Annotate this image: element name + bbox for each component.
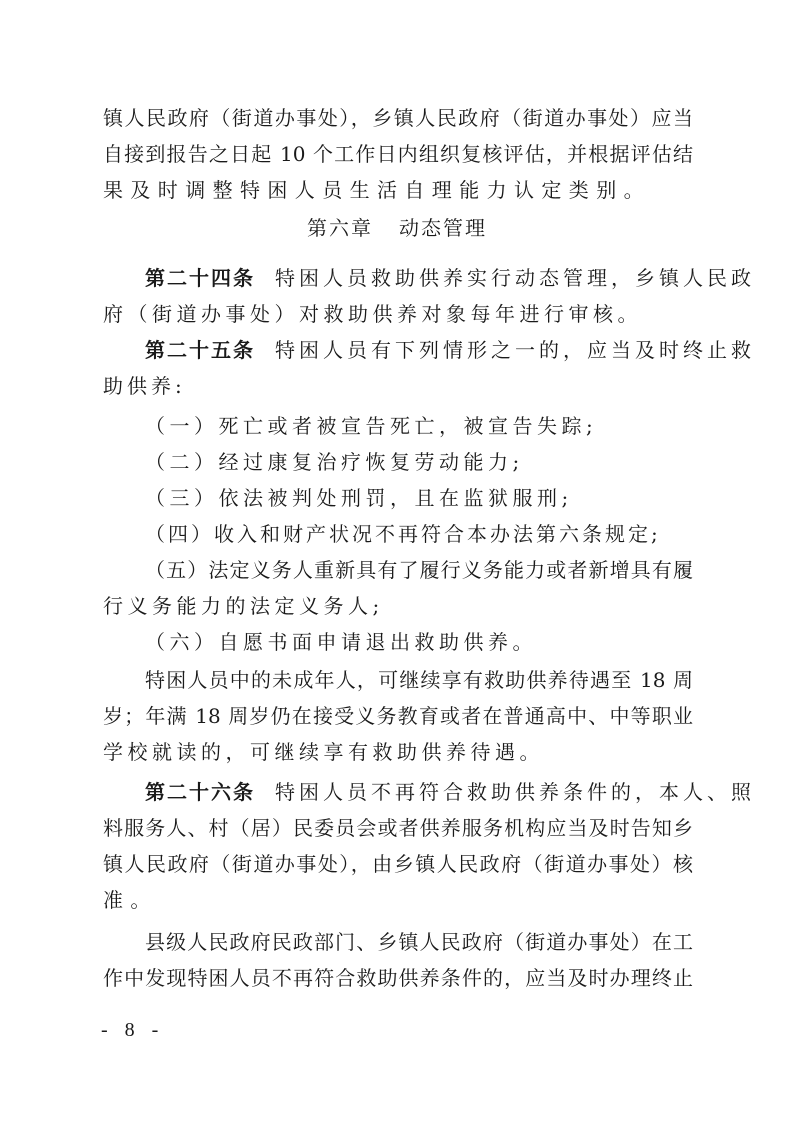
paragraph-line: 果及时调整特困人员生活自理能力认定类别。: [103, 172, 693, 208]
paragraph-line: 府（街道办事处）对救助供养对象每年进行审核。: [103, 296, 693, 332]
list-item: （六）自愿书面申请退出救助供养。: [145, 624, 693, 660]
paragraph-line: 镇人民政府（街道办事处），乡镇人民政府（街道办事处）应当: [103, 100, 693, 136]
list-item: （三）依法被判处刑罚，且在监狱服刑;: [145, 480, 693, 516]
document-page: 镇人民政府（街道办事处），乡镇人民政府（街道办事处）应当 自接到报告之日起 10…: [0, 0, 794, 1123]
paragraph-line: 岁；年满 18 周岁仍在接受义务教育或者在普通高中、中等职业: [103, 698, 693, 734]
paragraph-line: 料服务人、村（居）民委员会或者供养服务机构应当及时告知乡: [103, 810, 693, 846]
chapter-number: 第六章: [307, 216, 373, 240]
page-number: - 8 -: [101, 1016, 164, 1044]
article-26-label: 第二十六条: [145, 780, 255, 804]
list-item: （五）法定义务人重新具有了履行义务能力或者新增具有履: [145, 552, 693, 588]
paragraph-line: 助供养:: [103, 368, 693, 404]
list-item-continuation: 行义务能力的法定义务人;: [103, 588, 693, 624]
article-26-line: 第二十六条特困人员不再符合救助供养条件的，本人、照: [145, 774, 693, 810]
paragraph-line: 自接到报告之日起 10 个工作日内组织复核评估，并根据评估结: [103, 136, 693, 172]
chapter-title: 动态管理: [399, 216, 487, 240]
paragraph-line: 特困人员中的未成年人，可继续享有救助供养待遇至 18 周: [145, 662, 693, 698]
list-item: （四）收入和财产状况不再符合本办法第六条规定;: [145, 516, 693, 552]
paragraph-line: 作中发现特困人员不再符合救助供养条件的，应当及时办理终止: [103, 960, 693, 996]
paragraph-line: 县级人民政府民政部门、乡镇人民政府（街道办事处）在工: [145, 924, 693, 960]
chapter-heading: 第六章动态管理: [0, 210, 794, 246]
paragraph-line: 镇人民政府（街道办事处），由乡镇人民政府（街道办事处）核: [103, 846, 693, 882]
article-26-text: 特困人员不再符合救助供养条件的，本人、照: [275, 780, 755, 804]
article-24-label: 第二十四条: [145, 266, 255, 290]
article-24-text: 特困人员救助供养实行动态管理，乡镇人民政: [275, 266, 755, 290]
paragraph-line: 学校就读的，可继续享有救助供养待遇。: [103, 734, 693, 770]
paragraph-line: 准。: [103, 882, 693, 918]
list-item: （二）经过康复治疗恢复劳动能力;: [145, 444, 693, 480]
article-24-line: 第二十四条特困人员救助供养实行动态管理，乡镇人民政: [145, 260, 693, 296]
article-25-line: 第二十五条特困人员有下列情形之一的，应当及时终止救: [145, 332, 693, 368]
article-25-label: 第二十五条: [145, 338, 255, 362]
article-25-text: 特困人员有下列情形之一的，应当及时终止救: [275, 338, 755, 362]
list-item: （一）死亡或者被宣告死亡，被宣告失踪;: [145, 408, 693, 444]
